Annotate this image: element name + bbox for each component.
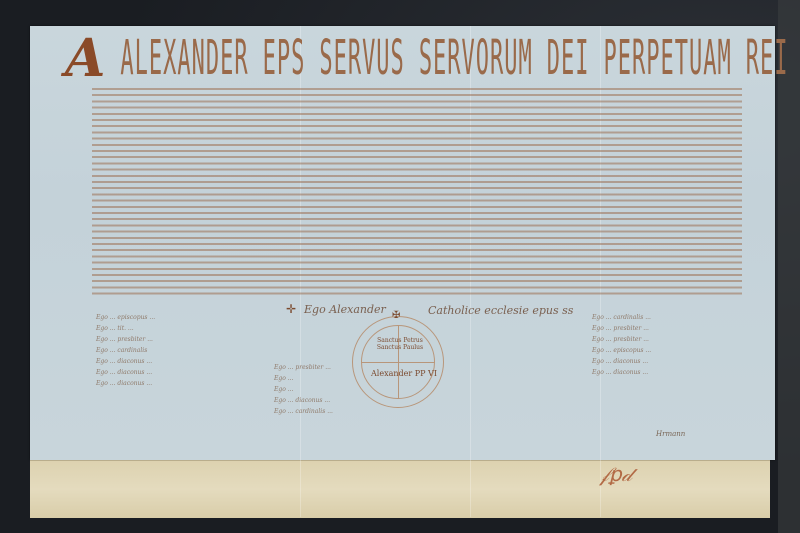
signature-flourish-icon: 𝒻ꝑ𝒹	[600, 462, 632, 486]
subscription-line: Ego ...	[274, 384, 333, 395]
body-text: Dense Gothic chancery minuscule text blo…	[92, 88, 742, 298]
heading-word: ALEXANDER	[120, 37, 248, 85]
subscription-line: Ego ... diaconus ...	[592, 356, 651, 367]
subscriptions-left: Ego ... episcopus ... Ego ... tit. ... E…	[96, 312, 155, 389]
cross-icon: ✛	[286, 302, 296, 316]
subscription-line: Ego ... episcopus ...	[592, 345, 651, 356]
subscription-line: Ego ... diaconus ...	[96, 356, 155, 367]
heading-line: A ALEXANDER EPS SERVUS SERVORUM DEI PERP…	[65, 30, 735, 85]
decorated-initial: A	[65, 33, 106, 85]
subscription-line: Ego ... episcopus ...	[96, 312, 155, 323]
subscription-line: Ego ... presbiter ...	[96, 334, 155, 345]
heading-word: SERVORUM	[419, 37, 533, 85]
cross-icon: ✠	[392, 310, 400, 321]
subscription-line: Ego ... cardinalis ...	[592, 312, 651, 323]
heading-word: DEI	[547, 37, 590, 85]
papal-subscription: Ego Alexander	[304, 303, 386, 316]
heading-word: REI	[746, 37, 789, 85]
subscription-line: Ego ... diaconus ...	[592, 367, 651, 378]
subscription-line: Ego ... diaconus ...	[96, 367, 155, 378]
subscription-line: Ego ...	[274, 373, 333, 384]
rota-apostles: Sanctus Petrus Sanctus Paulus	[375, 337, 425, 351]
subscription-line: Ego ... cardinalis	[96, 345, 155, 356]
subscription-line: Ego ... presbiter ...	[592, 334, 651, 345]
subscriptions-middle: Ego ... presbiter ... Ego ... Ego ... Eg…	[274, 362, 333, 417]
papal-subscription-tail: Catholice ecclesie epus ss	[428, 304, 573, 317]
subscription-line: Ego ... tit. ...	[96, 323, 155, 334]
rota-seal: Sanctus Petrus Sanctus Paulus Alexander …	[352, 316, 444, 408]
rota-name: Alexander PP VI	[371, 369, 437, 378]
subscription-line: Ego ... diaconus ...	[274, 395, 333, 406]
subscription-line: Ego ... cardinalis ...	[274, 406, 333, 417]
heading-word: SERVUS	[319, 37, 404, 85]
subscription-line: Ego ... diaconus ...	[96, 378, 155, 389]
heading-word: PERPETUAM	[604, 37, 732, 85]
subscriptions-right: Ego ... cardinalis ... Ego ... presbiter…	[592, 312, 651, 378]
plica-signature: 𝒻ꝑ𝒹	[600, 462, 700, 502]
heading-word: EPS	[263, 37, 306, 85]
chancery-note: Hrmann	[656, 430, 685, 438]
subscription-line: Ego ... presbiter ...	[274, 362, 333, 373]
subscription-line: Ego ... presbiter ...	[592, 323, 651, 334]
